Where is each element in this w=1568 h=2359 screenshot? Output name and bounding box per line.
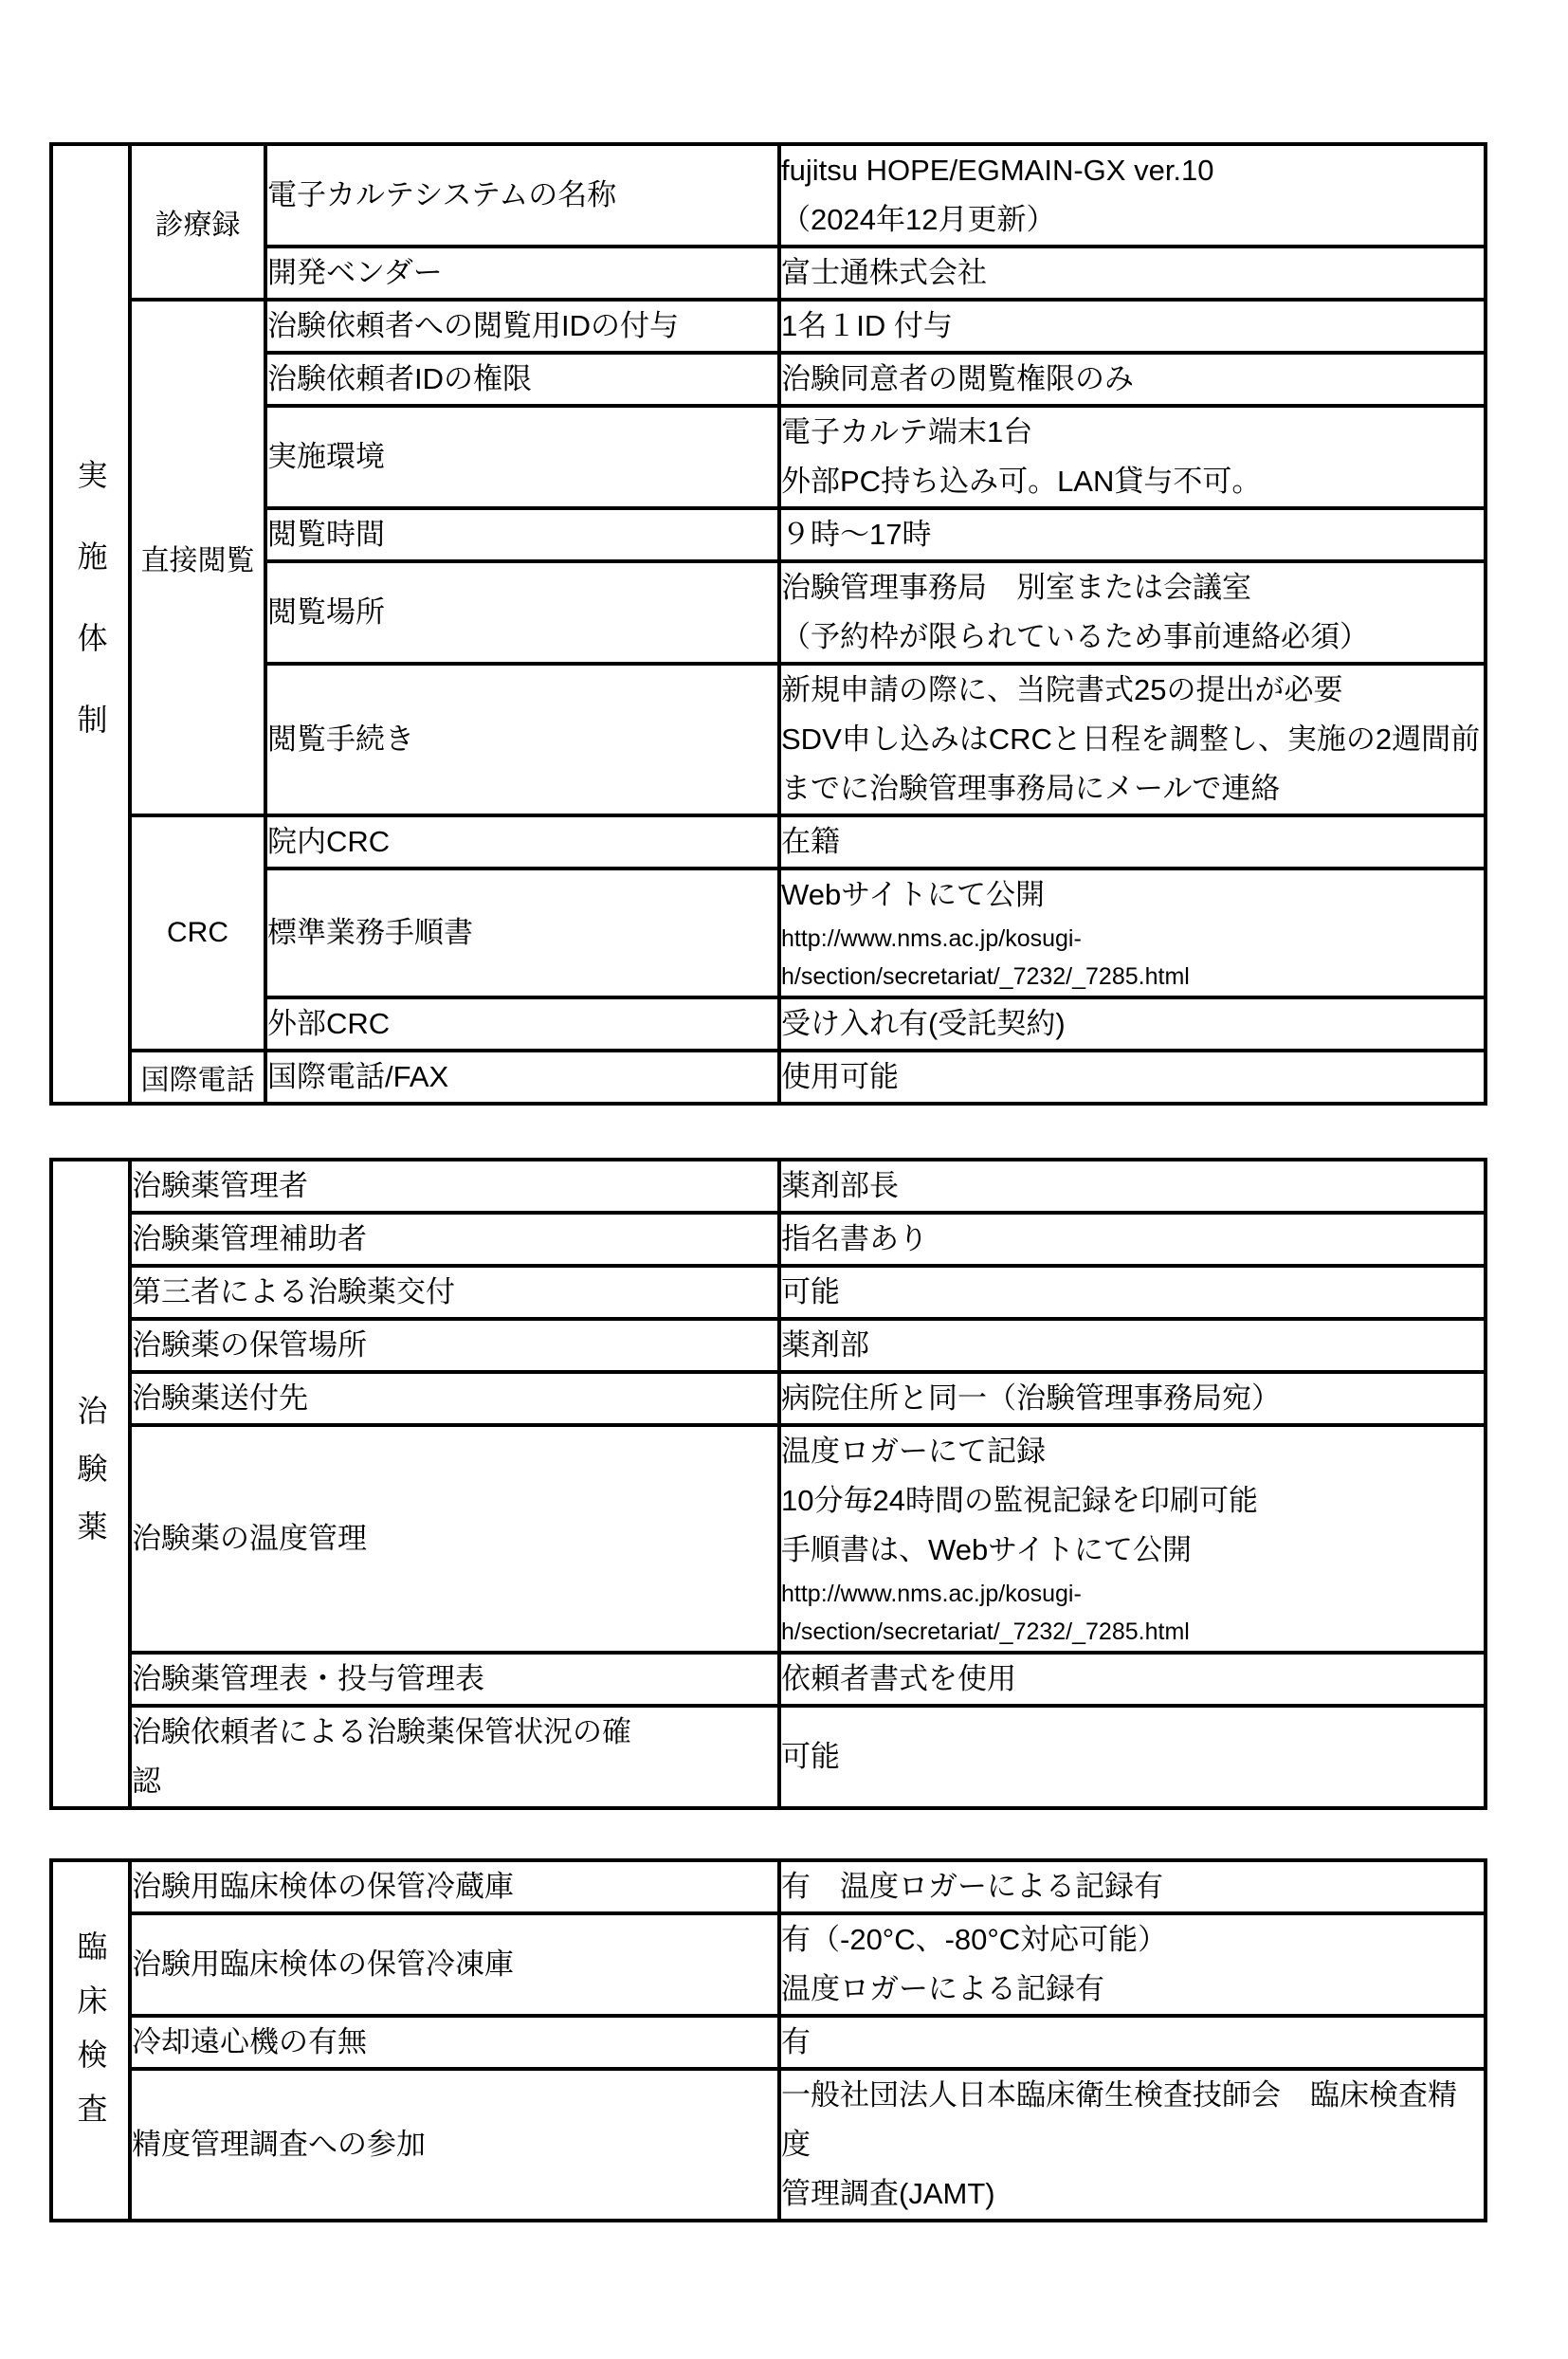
value-text: 在籍 [781,817,1484,867]
value-cell: 病院住所と同一（治験管理事務局宛） [779,1372,1486,1425]
value-cell: 薬剤部長 [779,1160,1486,1213]
item-cell: 開発ベンダー [265,247,779,300]
item-cell: 治験薬送付先 [130,1372,779,1425]
value-text: ９時～17時 [781,510,1484,559]
value-text: 有 温度ロガーによる記録有 [781,1862,1484,1911]
item-cell: 国際電話/FAX [265,1051,779,1104]
document-page: 実施体制 診療録 電子カルテシステムの名称 fujitsu HOPE/EGMAI… [0,142,1568,2359]
item-cell: 精度管理調査への参加 [130,2069,779,2221]
value-cell: 治験管理事務局 別室または会議室 （予約枠が限られているため事前連絡必須） [779,561,1486,664]
item-cell: 治験薬管理者 [130,1160,779,1213]
value-text: fujitsu HOPE/EGMAIN-GX ver.10 （2024年12月更… [781,146,1484,245]
value-cell: 有（-20°C、-80°C対応可能） 温度ロガーによる記録有 [779,1913,1486,2016]
value-text: 富士通株式会社 [781,248,1484,298]
value-text: 受け入れ有(受託契約) [781,999,1484,1049]
section-cell: 治験薬 [51,1160,130,1808]
value-cell: 薬剤部 [779,1319,1486,1372]
value-text: 新規申請の際に、当院書式25の提出が必要 SDV申し込みはCRCと日程を調整し、… [781,666,1484,814]
value-cell: 治験同意者の閲覧権限のみ [779,353,1486,406]
url-text: http://www.nms.ac.jp/kosugi- h/section/s… [781,920,1484,996]
item-cell: 電子カルテシステムの名称 [265,144,779,247]
value-text: 治験同意者の閲覧権限のみ [781,355,1484,404]
value-text: 病院住所と同一（治験管理事務局宛） [781,1374,1484,1423]
item-cell: 治験依頼者への閲覧用IDの付与 [265,300,779,353]
value-cell: 一般社団法人日本臨床衛生検査技師会 臨床検査精度 管理調査(JAMT) [779,2069,1486,2221]
item-cell: 外部CRC [265,997,779,1051]
section-label: 実施体制 [69,459,113,785]
value-cell: 受け入れ有(受託契約) [779,997,1486,1051]
value-cell: 新規申請の際に、当院書式25の提出が必要 SDV申し込みはCRCと日程を調整し、… [779,664,1486,815]
section-label: 臨床検査 [69,1930,113,2147]
value-text: 指名書あり [781,1215,1484,1264]
item-cell: 標準業務手順書 [265,869,779,997]
item-cell: 院内CRC [265,815,779,869]
item-cell: 治験用臨床検体の保管冷凍庫 [130,1913,779,2016]
value-cell: 指名書あり [779,1213,1486,1266]
value-text: 有（-20°C、-80°C対応可能） 温度ロガーによる記録有 [781,1915,1484,2014]
item-cell: 閲覧手続き [265,664,779,815]
value-cell: ９時～17時 [779,508,1486,561]
value-text: 有 [781,2018,1484,2067]
value-cell: 依頼者書式を使用 [779,1653,1486,1706]
value-cell: Webサイトにて公開 http://www.nms.ac.jp/kosugi- … [779,869,1486,997]
value-cell: 富士通株式会社 [779,247,1486,300]
url-text: http://www.nms.ac.jp/kosugi- h/section/s… [781,1575,1484,1651]
value-text: 一般社団法人日本臨床衛生検査技師会 臨床検査精度 管理調査(JAMT) [781,2071,1484,2219]
value-cell: 電子カルテ端末1台 外部PC持ち込み可。LAN貸与不可。 [779,406,1486,508]
value-cell: 使用可能 [779,1051,1486,1104]
item-cell: 治験薬の保管場所 [130,1319,779,1372]
value-cell: 可能 [779,1706,1486,1808]
value-text: 薬剤部 [781,1321,1484,1370]
value-text: 依頼者書式を使用 [781,1655,1484,1704]
value-cell: 在籍 [779,815,1486,869]
value-cell: 可能 [779,1266,1486,1319]
category-cell-intl-phone: 国際電話 [130,1051,265,1104]
item-cell: 第三者による治験薬交付 [130,1266,779,1319]
value-text: 1名１ID 付与 [781,302,1484,351]
value-text: Webサイトにて公開 [781,870,1484,920]
value-text: 治験管理事務局 別室または会議室 （予約枠が限られているため事前連絡必須） [781,563,1484,662]
value-text: 電子カルテ端末1台 外部PC持ち込み可。LAN貸与不可。 [781,408,1484,506]
value-cell: 有 温度ロガーによる記録有 [779,1860,1486,1913]
item-cell: 治験依頼者IDの権限 [265,353,779,406]
item-cell: 治験依頼者による治験薬保管状況の確 認 [130,1706,779,1808]
value-cell: 温度ロガーにて記録 10分毎24時間の監視記録を印刷可能 手順書は、Webサイト… [779,1425,1486,1653]
section-label: 治験薬 [69,1395,113,1568]
value-text: 可能 [781,1732,1484,1782]
section-cell: 臨床検査 [51,1860,130,2221]
category-cell-direct-view: 直接閲覧 [130,300,265,815]
item-cell: 治験薬管理補助者 [130,1213,779,1266]
value-cell: 1名１ID 付与 [779,300,1486,353]
item-cell: 治験薬管理表・投与管理表 [130,1653,779,1706]
section-cell: 実施体制 [51,144,130,1104]
item-cell: 閲覧時間 [265,508,779,561]
value-text: 可能 [781,1268,1484,1317]
value-cell: 有 [779,2016,1486,2069]
category-cell-medical-record: 診療録 [130,144,265,300]
item-cell: 実施環境 [265,406,779,508]
item-cell: 冷却遠心機の有無 [130,2016,779,2069]
value-text: 使用可能 [781,1052,1484,1102]
item-cell: 治験用臨床検体の保管冷蔵庫 [130,1860,779,1913]
item-cell: 閲覧場所 [265,561,779,664]
value-text: 薬剤部長 [781,1161,1484,1211]
table-clinical-laboratory: 臨床検査 治験用臨床検体の保管冷蔵庫 有 温度ロガーによる記録有 治験用臨床検体… [49,1858,1487,2222]
category-cell-crc: CRC [130,815,265,1051]
value-text: 温度ロガーにて記録 10分毎24時間の監視記録を印刷可能 手順書は、Webサイト… [781,1427,1484,1575]
table-investigational-drug: 治験薬 治験薬管理者 薬剤部長 治験薬管理補助者 指名書あり 第三者による治験薬… [49,1158,1487,1810]
table-implementation-structure: 実施体制 診療録 電子カルテシステムの名称 fujitsu HOPE/EGMAI… [49,142,1487,1106]
value-cell: fujitsu HOPE/EGMAIN-GX ver.10 （2024年12月更… [779,144,1486,247]
item-cell: 治験薬の温度管理 [130,1425,779,1653]
